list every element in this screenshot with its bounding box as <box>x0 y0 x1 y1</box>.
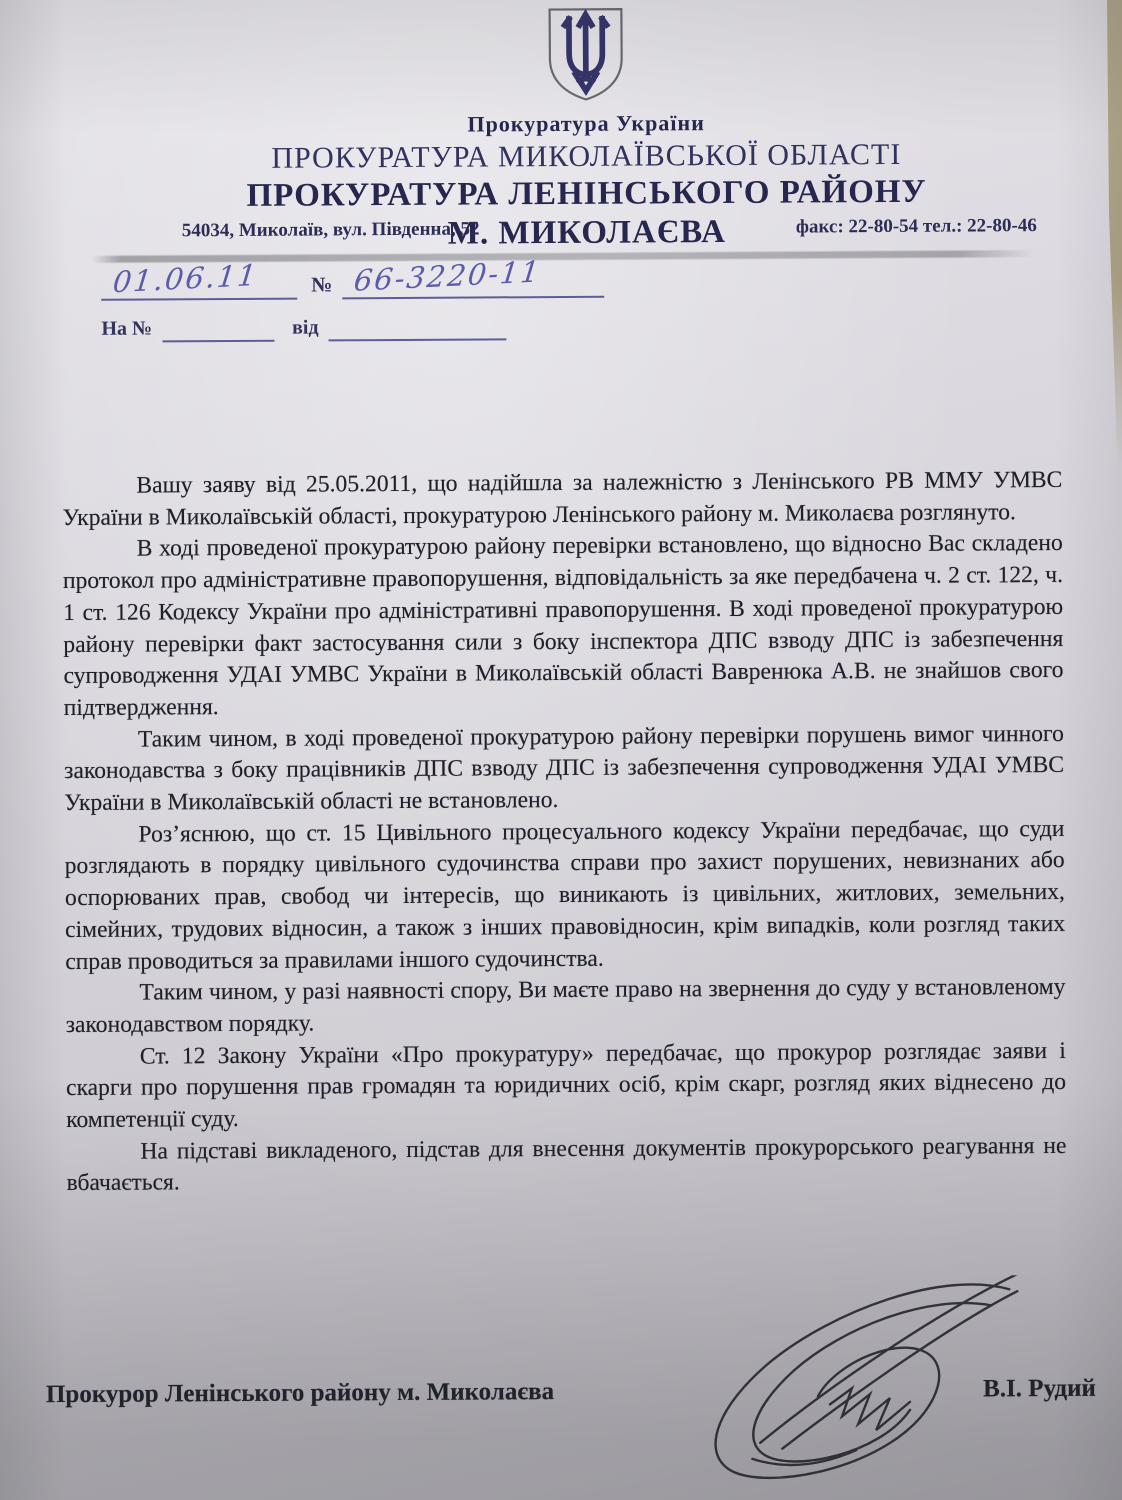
org-address: 54034, Миколаїв, вул. Південна, 52 <box>182 218 480 242</box>
reference-block: 01.06.11 № 66-3220-11 На № від <box>101 266 605 343</box>
number-sign-label: № <box>311 272 332 297</box>
reply-number-blank <box>162 316 274 343</box>
org-name-country: Прокуратура України <box>66 108 1106 140</box>
ukraine-trident-emblem-icon <box>541 6 630 110</box>
handwritten-signature <box>641 1275 1032 1497</box>
paragraph-6: Ст. 12 Закону України «Про прокуратуру» … <box>66 1036 1067 1137</box>
reply-to-label: На № <box>101 317 152 340</box>
paragraph-2: В ході проведеної прокуратурою району пе… <box>63 528 1064 724</box>
signer-position-title: Прокурор Ленінського району м. Миколаєва <box>46 1378 554 1409</box>
document-sheet: Прокуратура України ПРОКУРАТУРА МИКОЛАЇВ… <box>0 0 1122 1500</box>
org-phone-fax: факс: 22-80-54 тел.: 22-80-46 <box>796 215 1037 238</box>
org-name-district-line1: ПРОКУРАТУРА ЛЕНІНСЬКОГО РАЙОНУ <box>67 173 1107 216</box>
reply-date-blank <box>328 314 506 341</box>
incoming-reference-line: На № від <box>101 314 604 343</box>
paragraph-4: Роз’яснюю, що ст. 15 Цивільного процесуа… <box>64 814 1065 979</box>
outgoing-number-line: 01.06.11 № 66-3220-11 <box>101 266 604 301</box>
date-underline: 01.06.11 <box>101 268 297 301</box>
number-underline: 66-3220-11 <box>342 266 604 300</box>
paragraph-3: Таким чином, в ході проведеної прокурату… <box>64 719 1065 820</box>
letter-body: Вашу заяву від 25.05.2011, що надійшла з… <box>62 465 1066 1200</box>
paragraph-7: На підставі викладеного, підстав для вне… <box>66 1131 1066 1201</box>
reply-from-label: від <box>292 316 319 339</box>
paragraph-5: Таким чином, у разі наявності спору, Ви … <box>65 972 1065 1042</box>
paragraph-1: Вашу заяву від 25.05.2011, що надійшла з… <box>62 465 1062 535</box>
org-name-oblast: ПРОКУРАТУРА МИКОЛАЇВСЬКОЇ ОБЛАСТІ <box>66 137 1106 177</box>
handwritten-date: 01.06.11 <box>101 261 265 300</box>
handwritten-number: 66-3220-11 <box>342 257 548 298</box>
